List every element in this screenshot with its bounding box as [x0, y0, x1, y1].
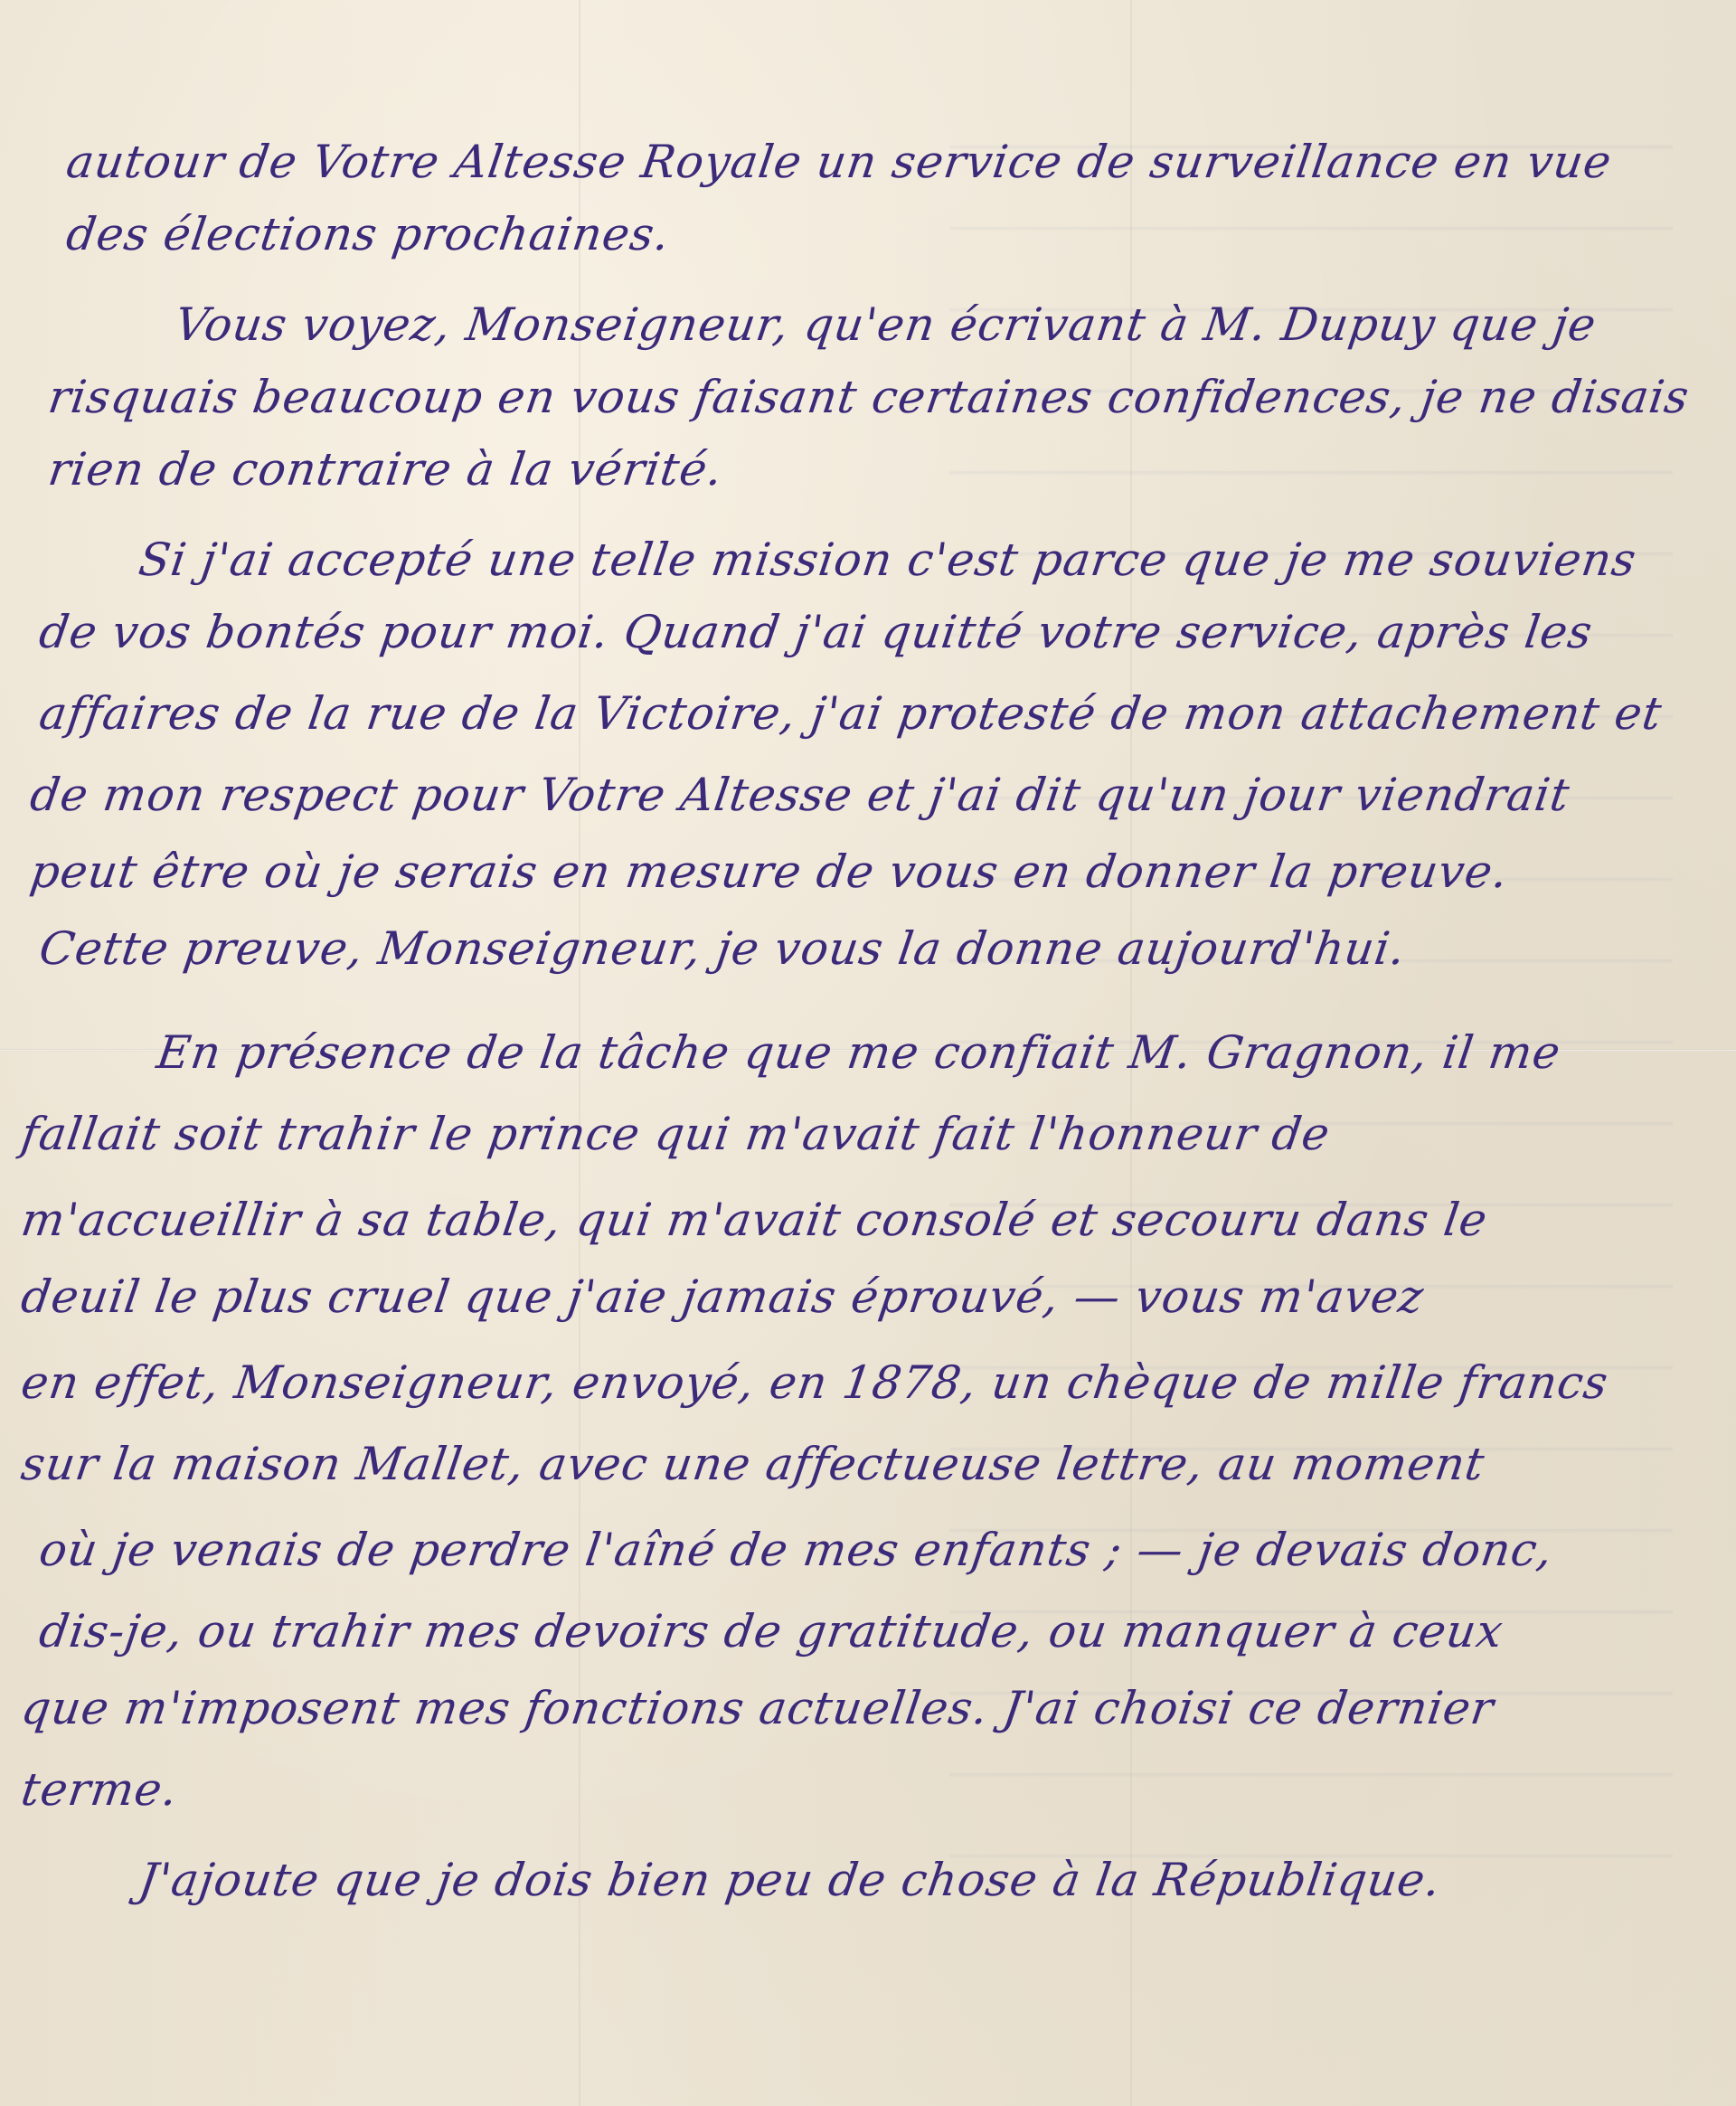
letter-line: risquais beaucoup en vous faisant certai… [45, 371, 1693, 423]
letter-line: de vos bontés pour moi. Quand j'ai quitt… [36, 606, 1596, 658]
letter-line: rien de contraire à la vérité. [45, 443, 726, 496]
letter-line: de mon respect pour Votre Altesse et j'a… [27, 769, 1573, 821]
letter-line: Vous voyez, Monseigneur, qu'en écrivant … [172, 298, 1599, 351]
letter-line: Si j'ai accepté une telle mission c'est … [136, 534, 1640, 586]
letter-line: affaires de la rue de la Victoire, j'ai … [36, 687, 1665, 740]
letter-line: en effet, Monseigneur, envoyé, en 1878, … [18, 1356, 1612, 1409]
letter-line: fallait soit trahir le prince qui m'avai… [18, 1108, 1334, 1160]
letter-line: où je venais de perdre l'aîné de mes enf… [36, 1524, 1556, 1576]
letter-line: que m'imposent mes fonctions actuelles. … [18, 1682, 1497, 1734]
letter-line: J'ajoute que je dois bien peu de chose à… [136, 1854, 1444, 1906]
letter-line: autour de Votre Altesse Royale un servic… [63, 136, 1615, 188]
letter-line: sur la maison Mallet, avec une affectueu… [18, 1438, 1488, 1490]
letter-line: dis-je, ou trahir mes devoirs de gratitu… [36, 1605, 1506, 1657]
letter-line: En présence de la tâche que me confiait … [154, 1026, 1564, 1079]
letter-line: des élections prochaines. [63, 208, 674, 260]
letter-line: Cette preuve, Monseigneur, je vous la do… [36, 922, 1409, 975]
letter-line: terme. [18, 1763, 182, 1816]
letter-line: deuil le plus cruel que j'aie jamais épr… [18, 1270, 1428, 1323]
letter-line: m'accueillir à sa table, qui m'avait con… [18, 1194, 1491, 1246]
letter-page: autour de Votre Altesse Royale un servic… [0, 0, 1736, 2106]
letter-line: peut être où je serais en mesure de vous… [27, 845, 1512, 898]
